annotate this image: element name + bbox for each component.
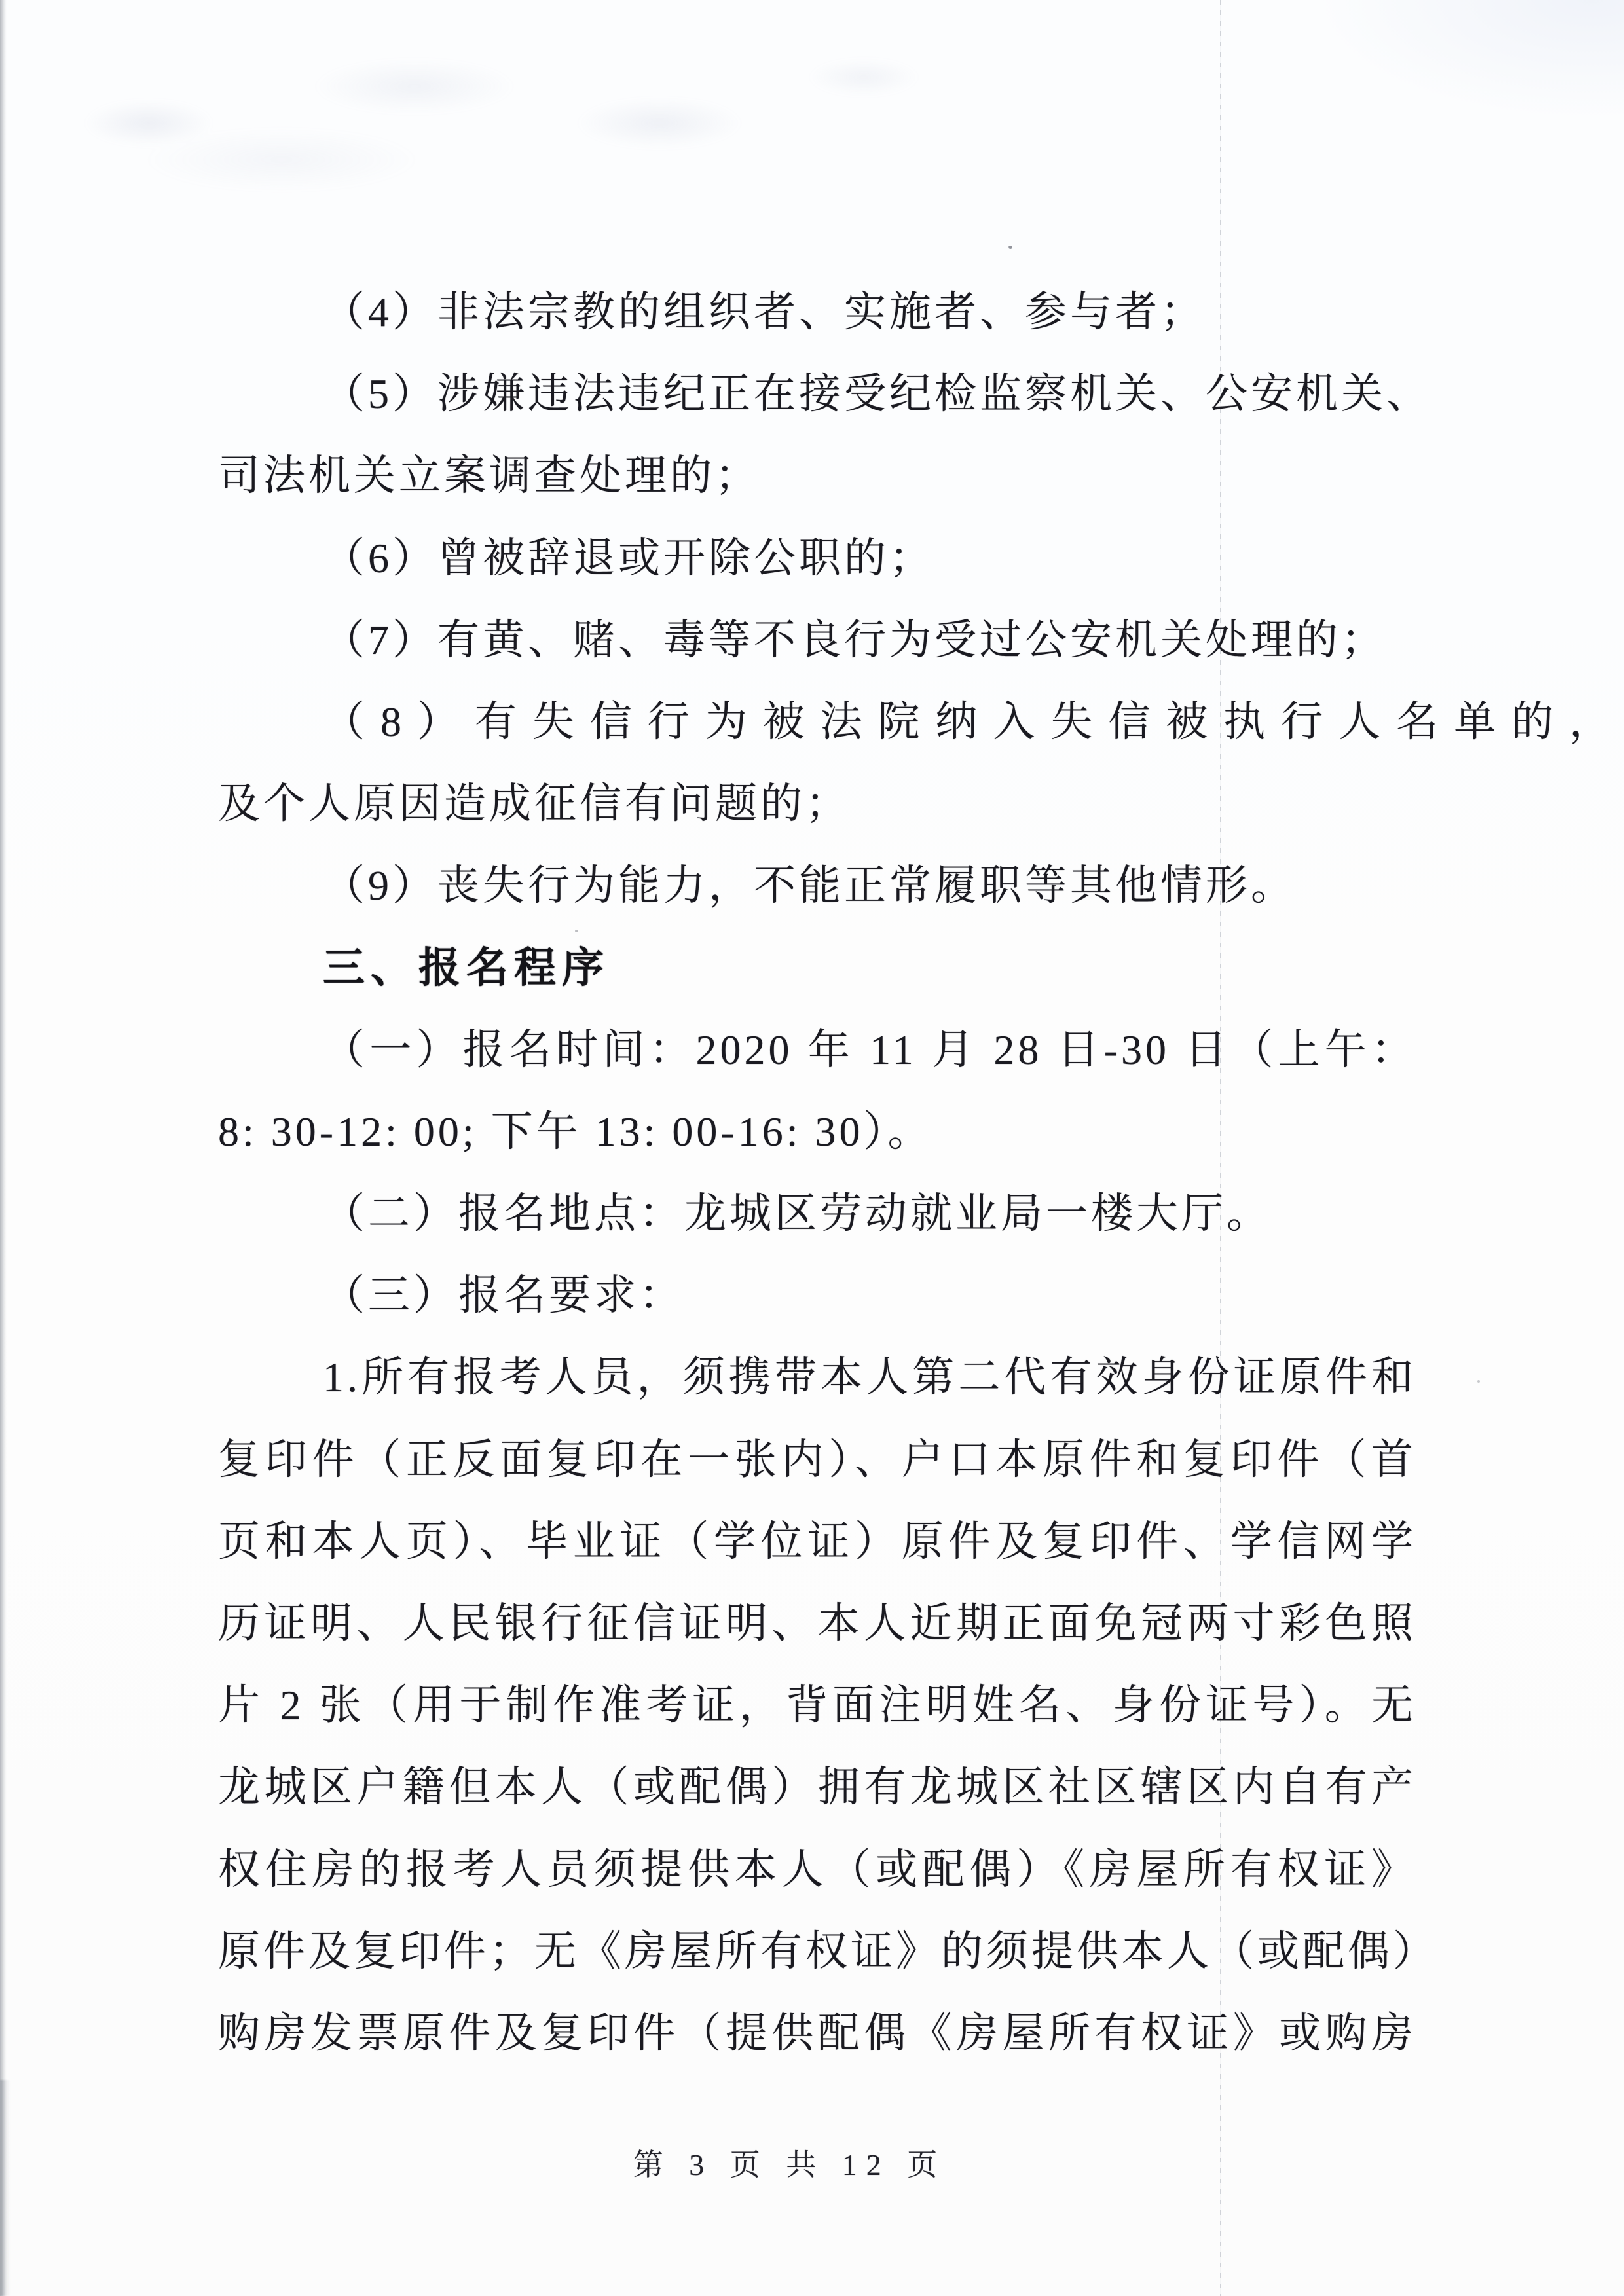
requirement-line-2: 复印件（正反面复印在一张内）、户口本原件和复印件（首 (218, 1419, 1416, 1501)
paragraph-item-5-line-2: 司法机关立案调查处理的； (218, 435, 1416, 517)
paragraph-item-4: （4）非法宗教的组织者、实施者、参与者； (218, 271, 1416, 353)
requirement-line-6: 龙城区户籍但本人（或配偶）拥有龙城区社区辖区内自有产 (218, 1746, 1416, 1828)
paragraph-item-8-line-2: 及个人原因造成征信有问题的； (218, 763, 1416, 845)
paragraph-reg-requirements-heading: （三）报名要求： (218, 1254, 1416, 1336)
requirement-line-8: 原件及复印件；无《房屋所有权证》的须提供本人（或配偶） (218, 1910, 1416, 1992)
paragraph-reg-time-line-2: 8: 30-12: 00; 下午 13: 00-16: 30）。 (218, 1091, 1416, 1173)
scan-edge-bottom-artifact (0, 2080, 10, 2296)
requirement-line-7: 权住房的报考人员须提供本人（或配偶）《房屋所有权证》 (218, 1829, 1416, 1910)
requirement-line-3: 页和本人页）、毕业证（学位证）原件及复印件、学信网学 (218, 1501, 1416, 1582)
bleed-through-artifact (26, 13, 1048, 196)
dust-speck-artifact (1477, 1380, 1480, 1383)
document-page: （4）非法宗教的组织者、实施者、参与者； （5）涉嫌违法违纪正在接受纪检监察机关… (0, 0, 1624, 2296)
requirement-line-9: 购房发票原件及复印件（提供配偶《房屋所有权证》或购房 (218, 1992, 1416, 2074)
paragraph-item-6: （6）曾被辞退或开除公职的； (218, 517, 1416, 599)
paragraph-item-9: （9）丧失行为能力，不能正常履职等其他情形。 (218, 845, 1416, 926)
page-number: 第 3 页 共 12 页 (0, 2141, 1602, 2184)
requirement-line-1: 1.所有报考人员，须携带本人第二代有效身份证原件和 (218, 1336, 1416, 1418)
paragraph-item-5-line-1: （5）涉嫌违法违纪正在接受纪检监察机关、公安机关、 (218, 353, 1416, 435)
requirement-line-5: 片 2 张（用于制作准考证，背面注明姓名、身份证号）。无 (218, 1664, 1416, 1746)
paragraph-item-8-line-1: （8）有失信行为被法院纳入失信被执行人名单的，以 (218, 681, 1624, 763)
paragraph-reg-time-line-1: （一）报名时间：2020 年 11 月 28 日-30 日（上午： (218, 1009, 1416, 1091)
dust-speck-artifact (1008, 246, 1012, 249)
paragraph-reg-location: （二）报名地点：龙城区劳动就业局一楼大厅。 (218, 1173, 1416, 1254)
section-heading-registration: 三、报名程序 (218, 927, 1416, 1009)
paragraph-item-7: （7）有黄、赌、毒等不良行为受过公安机关处理的； (218, 599, 1416, 681)
document-text-block: （4）非法宗教的组织者、实施者、参与者； （5）涉嫌违法违纪正在接受纪检监察机关… (218, 271, 1416, 2074)
scan-edge-artifact (0, 0, 7, 2296)
requirement-line-4: 历证明、人民银行征信证明、本人近期正面免冠两寸彩色照 (218, 1582, 1416, 1664)
